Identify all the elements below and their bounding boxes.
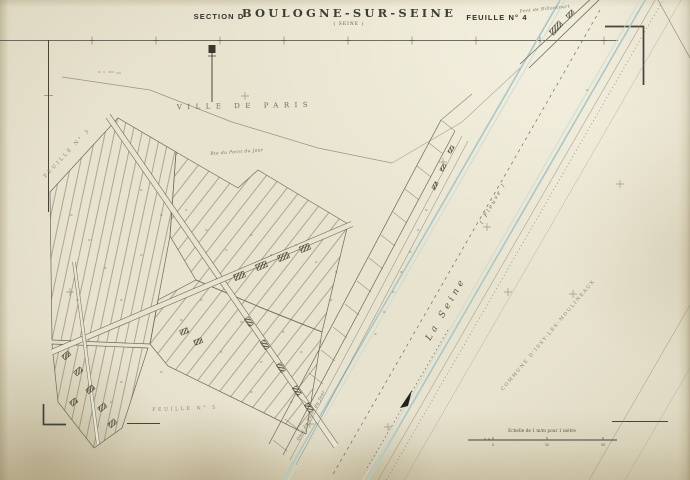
river-right-bank [367,0,648,480]
bridge-building-1 [549,21,563,35]
section-label: SECTION D [194,12,245,21]
scale-tick-0: 0 [492,443,494,447]
survey-signal [208,45,216,102]
right-bank-outer-road [403,0,684,480]
map-subtitle: ( SEINE ) [333,21,364,26]
ville-de-paris-label: VILLE DE PARIS [176,101,313,111]
illegible-street-label-marks [98,72,121,73]
map-sheet: Echelle de 1 m/m pour 1 mètre 0 10 50 SE… [0,0,690,480]
quai-upper-end [441,94,472,120]
adjacent-sheet-s-label: FEUILLE N° 5 [152,405,218,413]
map-title: BOULOGNE-SUR-SEINE [242,6,456,20]
bridge-building-2 [566,10,574,19]
scale-bar-group: Echelle de 1 m/m pour 1 mètre 0 10 50 [468,429,617,447]
boundary-to-bridge-line [392,68,520,163]
scale-caption: Echelle de 1 m/m pour 1 mètre [508,429,576,434]
cadastral-map-svg: Echelle de 1 m/m pour 1 mètre 0 10 50 SE… [0,0,690,480]
scale-tick-50: 50 [601,443,605,447]
route-point-du-jour-label: Rte du Point du Jour [209,147,264,156]
pont-billancourt-label: Pont de Billancourt [519,3,571,13]
commune-issy-label: COMMUNE D'ISSY-LES-MOULINEAUX [500,279,597,393]
corner-edge-line-ne [658,0,690,58]
sheet-number: FEUILLE N° 4 [466,13,527,22]
parcel-tip-block [52,344,148,448]
scale-tick-10: 10 [545,443,549,447]
river-axis-dashed-line [332,10,600,476]
issy-road-line-1 [589,305,690,480]
seine-type-label: ( Fleuve ) [478,181,507,225]
right-bank-road-edge [377,0,658,480]
river-right-bank-inner [362,0,643,480]
issy-road-line-2 [625,368,690,480]
